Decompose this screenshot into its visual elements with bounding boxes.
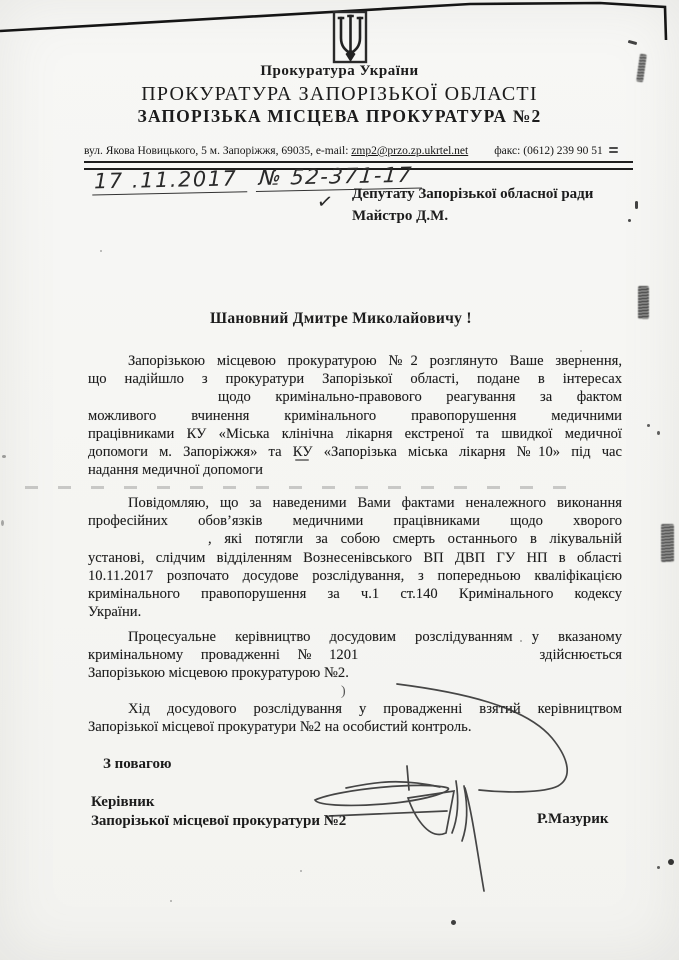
body-line: , які потягли за собою смерть останнього… [88,530,622,548]
body-paragraphs: Запорізькою місцевою прокуратурою №2 роз… [88,352,622,736]
body-line: професійних обов’язків медичними працівн… [88,512,622,530]
scan-speck [300,870,302,872]
recipient-block: Депутату Запорізької обласної ради Майст… [352,183,593,227]
scan-speck [295,459,309,461]
tryzub-coat-of-arms-icon [332,10,369,66]
body-line: Запорізької місцевої прокуратури №2 на о… [88,718,622,736]
erased-text-trace [25,486,570,489]
scan-speck [451,920,456,925]
scan-speck [628,40,637,45]
scan-smudge [661,524,674,562]
body-paragraph: Хід досудового розслідування у проваджен… [88,700,622,736]
body-line: Повідомляю, що за наведеними Вами фактам… [88,494,622,512]
scan-speck [1,520,4,526]
body-line: працівниками КУ «Міська клінічна лікарня… [88,425,622,443]
body-line-segment: кримінальному провадженні № 1201 [88,646,358,664]
scan-speck [628,219,631,222]
body-line: можливого вчинення кримінального правопо… [88,407,622,425]
recipient-line1: Депутату Запорізької обласної ради [352,183,593,205]
body-line: допомоги м. Запоріжжя» та КУ «Запорізька… [88,443,622,461]
body-line: кримінального правопорушення за ч.1 ст.1… [88,585,622,603]
fax-text: факс: (0612) 239 90 51 [494,145,603,157]
body-line: кримінальному провадженні № 1201здійснює… [88,646,622,664]
letterhead-address: вул. Якова Новицького, 5 м. Запоріжжя, 6… [84,145,634,157]
body-paragraph: Повідомляю, що за наведеними Вами фактам… [88,494,622,621]
scan-speck [580,350,582,352]
scan-speck [520,640,522,642]
scan-speck [170,900,172,902]
body-line: що надійшло з прокуратури Запорізької об… [88,370,622,388]
body-line: Запорізькою місцевою прокуратурою №2 роз… [88,352,622,370]
body-line: установі, слідчим відділенням Вознесенів… [88,549,622,567]
email-text: zmp2@przo.zp.ukrtel.net [351,145,468,157]
scan-smudge [636,54,647,83]
handwritten-checkmark: ✓ [316,190,335,214]
closing-phrase: З повагою [103,756,171,773]
registration-date: 17 .11.2017 [92,166,248,195]
recipient-line2: Майстро Д.М. [352,205,593,227]
signer-title: Керівник Запорізької місцевої прокуратур… [91,793,346,830]
signer-title-line2: Запорізької місцевої прокуратури №2 [91,812,346,831]
scan-speck [609,147,618,149]
scan-speck [635,201,638,209]
signer-title-line1: Керівник [91,793,346,812]
scan-border-artifact [0,0,679,60]
body-line: України. [88,603,622,621]
body-line: Запорізькою місцевою прокуратурою №2. [88,664,622,682]
address-text: вул. Якова Новицького, 5 м. Запоріжжя, 6… [84,145,351,157]
org-parent-title: Прокуратура України [35,63,644,80]
org-region-title: ПРОКУРАТУРА ЗАПОРІЗЬКОЇ ОБЛАСТІ [35,83,644,106]
body-line: Хід досудового розслідування у проваджен… [88,700,622,718]
org-local-title: ЗАПОРІЗЬКА МІСЦЕВА ПРОКУРАТУРА №2 [35,106,644,127]
body-paragraph: Процесуальне керівництво досудовим розсл… [88,628,622,683]
salutation: Шановний Дмитре Миколайовичу ! [210,310,472,328]
scan-speck [647,424,650,427]
scan-speck [100,250,102,252]
scan-speck [668,859,674,865]
scan-speck [2,455,6,458]
signer-name: Р.Мазурик [537,811,609,828]
body-line: Процесуальне керівництво досудовим розсл… [88,628,622,646]
body-line: щодо кримінально-правового реагування за… [88,388,622,406]
scan-smudge [638,286,649,319]
scanned-letter-page: Прокуратура України ПРОКУРАТУРА ЗАПОРІЗЬ… [0,0,679,960]
scan-speck [609,151,618,153]
body-line-segment: здійснюється [540,646,622,664]
scan-speck [657,431,660,435]
scan-speck [657,866,660,869]
body-paragraph: Запорізькою місцевою прокуратурою №2 роз… [88,352,622,479]
body-line: надання медичної допомоги [88,461,622,479]
body-line: 10.11.2017 розпочато досудове розслідува… [88,567,622,585]
scan-mark: ) [341,684,346,700]
